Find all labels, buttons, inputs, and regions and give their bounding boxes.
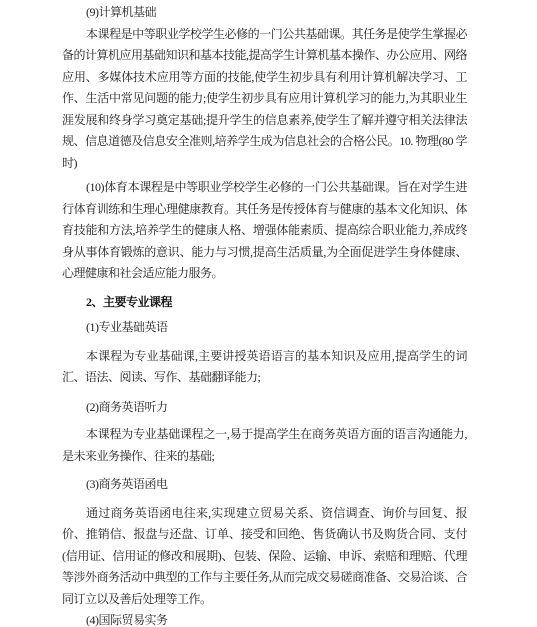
paragraph-computer-basics-desc: 本课程是中等职业学校学生必修的一门公共基础课。其任务是使学生掌握必备的计算机应用… [62, 24, 467, 175]
paragraph-basic-english-desc: 本课程为专业基础课,主要讲授英语语言的基本知识及应用,提高学生的词汇、语法、阅读… [62, 346, 467, 389]
paragraph-physical-education-desc: (10)体育本课程是中等职业学校学生必修的一门公共基础课。旨在对学生进行体育训练… [62, 177, 467, 285]
course-item-basic-english: (1)专业基础英语 [62, 317, 467, 339]
section-heading-major-courses: 2、主要专业课程 [62, 292, 467, 314]
course-item-business-listening: (2)商务英语听力 [62, 397, 467, 419]
course-item-international-trade: (4)国际贸易实务 [62, 610, 467, 627]
paragraph-business-correspondence-desc: 通过商务英语函电往来,实现建立贸易关系、资信调查、询价与回复、报价、推销信、报盘… [62, 503, 467, 611]
course-item-computer-basics: (9)计算机基础 [62, 2, 467, 24]
document-page: (9)计算机基础 本课程是中等职业学校学生必修的一门公共基础课。其任务是使学生掌… [0, 0, 537, 627]
course-item-business-correspondence: (3)商务英语函电 [62, 474, 467, 496]
paragraph-business-listening-desc: 本课程为专业基础课程之一,易于提高学生在商务英语方面的语言沟通能力,是未来业务操… [62, 424, 467, 467]
